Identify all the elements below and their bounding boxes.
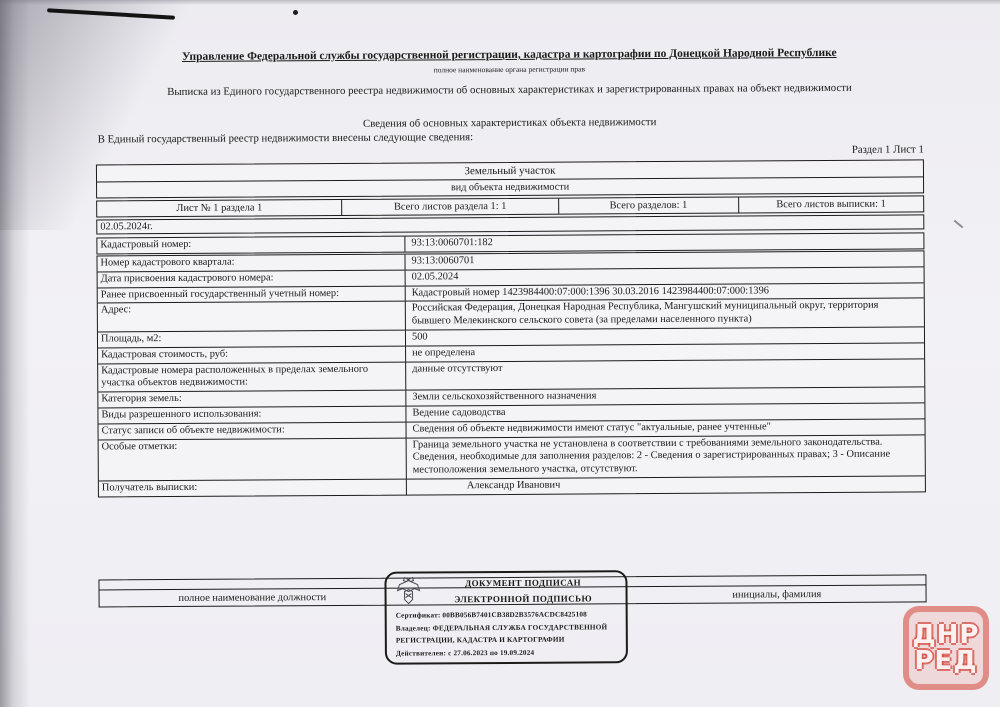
- field-value: не определена: [406, 343, 924, 361]
- stamp-owner-line2: РЕГИСТРАЦИИ, КАДАСТРА И КАРТОГРАФИИ: [396, 635, 622, 644]
- intro-text: В Единый государственный реестр недвижим…: [98, 128, 926, 145]
- total-sheets-section: Всего листов раздела 1: 1: [342, 199, 558, 215]
- field-value: данные отсутствуют: [406, 359, 924, 390]
- extract-date: 02.05.2024г.: [96, 214, 924, 234]
- field-value: Граница земельного участка не установлен…: [407, 435, 925, 479]
- sheet-info-block: Лист № 1 раздела 1 Всего листов раздела …: [96, 195, 924, 217]
- field-value: 500: [406, 327, 924, 345]
- field-value: 02.05.2024: [406, 267, 924, 285]
- watermark-line1: ДНР: [913, 622, 980, 648]
- field-value: 93:13:0060701:182: [405, 233, 923, 251]
- field-label: Номер кадастрового квартала:: [97, 255, 405, 272]
- field-value: Российская Федерация, Донецкая Народная …: [406, 299, 924, 330]
- field-label: Особые отметки:: [99, 438, 407, 480]
- field-value: Земли сельскохозяйственного назначения: [406, 388, 924, 406]
- watermark-line2: РЕД: [915, 648, 978, 674]
- position-caption: полное наименование должности: [100, 589, 406, 607]
- field-value: Сведения об объекте недвижимости имеют с…: [407, 419, 925, 437]
- rosreestr-eagle-icon: [394, 575, 422, 607]
- field-label: Категория земель:: [98, 391, 406, 408]
- field-label: Кадастровый номер:: [97, 237, 405, 254]
- document-title: Выписка из Единого государственного реес…: [95, 81, 923, 98]
- sheet-number: Лист № 1 раздела 1: [97, 200, 342, 216]
- field-label: Ранее присвоенный государственный учетны…: [98, 286, 406, 303]
- field-label: Виды разрешенного использования:: [98, 407, 406, 424]
- attributes-block: Номер кадастрового квартала: 93:13:00607…: [96, 250, 925, 497]
- field-label: Кадастровая стоимость, руб:: [98, 346, 406, 363]
- field-label: Адрес:: [98, 302, 406, 331]
- object-type-block: Земельный участок вид объекта недвижимос…: [96, 159, 924, 198]
- field-value: Ведение садоводства: [406, 403, 924, 421]
- field-value: Александр Иванович: [407, 476, 925, 494]
- scanned-document: Управление Федеральной службы государств…: [0, 0, 1000, 707]
- stamp-owner-line1: Владелец: ФЕДЕРАЛЬНАЯ СЛУЖБА ГОСУДАРСТВЕ…: [396, 623, 622, 632]
- stamp-title-line2: ЭЛЕКТРОННОЙ ПОДПИСЬЮ: [425, 593, 622, 604]
- field-label: Статус записи об объекте недвижимости:: [99, 422, 407, 439]
- field-label: Дата присвоения кадастрового номера:: [98, 270, 406, 287]
- esignature-stamp: ДОКУМЕНТ ПОДПИСАН ЭЛЕКТРОННОЙ ПОДПИСЬЮ С…: [384, 570, 628, 664]
- field-value: 93:13:0060701: [405, 251, 923, 269]
- field-label: Кадастровые номера расположенных в преде…: [98, 362, 406, 391]
- name-caption: инициалы, фамилия: [628, 585, 925, 603]
- field-label: Получатель выписки:: [99, 480, 407, 497]
- section-sheet-label: Раздел 1 Лист 1: [96, 143, 924, 160]
- field-value: Кадастровый номер 1423984400:07:000:1396…: [406, 283, 924, 301]
- table-row: Особые отметки: Граница земельного участ…: [99, 435, 925, 481]
- stamp-validity: Действителен: с 27.06.2023 по 19.09.2024: [396, 648, 622, 657]
- authority-caption: полное наименование органа регистрации п…: [95, 62, 923, 76]
- total-sections: Всего разделов: 1: [559, 198, 739, 214]
- field-label: Площадь, м2:: [98, 331, 406, 348]
- stamp-title-line1: ДОКУМЕНТ ПОДПИСАН: [424, 577, 621, 588]
- dnr-red-watermark: ДНР РЕД: [903, 606, 989, 690]
- authority-name: Управление Федеральной службы государств…: [95, 46, 923, 63]
- total-sheets-extract: Всего листов выписки: 1: [739, 196, 923, 212]
- stamp-certificate: Сертификат: 00BB056B7401CB38D2B3576ACDC8…: [396, 610, 622, 619]
